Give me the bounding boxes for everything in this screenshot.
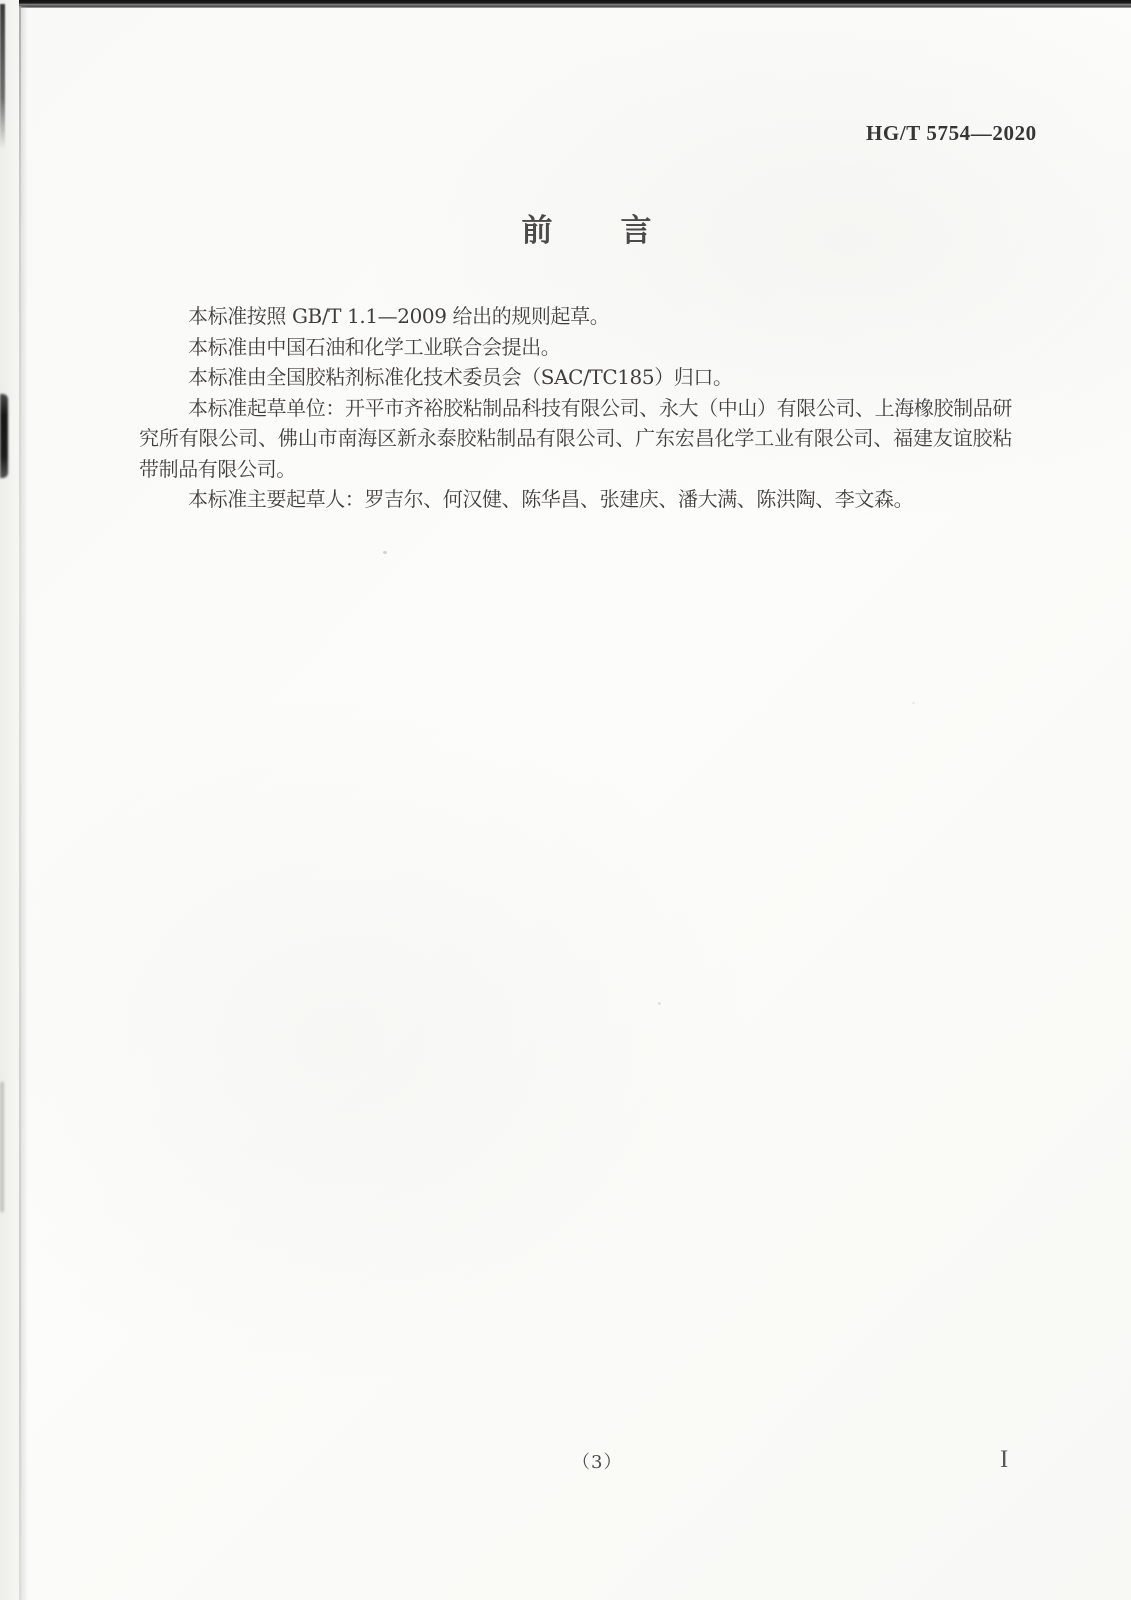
footer-page-number: I	[1000, 1446, 1008, 1474]
standard-number: HG/T 5754—2020	[866, 121, 1037, 146]
scan-top-edge-strip	[0, 0, 1131, 8]
scanned-document-page: HG/T 5754—2020 前 言 本标准按照 GB/T 1.1—2009 给…	[0, 0, 1131, 1600]
paragraph-centralized-by: 本标准由全国胶粘剂标准化技术委员会（SAC/TC185）归口。	[139, 362, 1012, 393]
scan-left-edge-smudge-lower	[0, 1082, 4, 1212]
dust-speck	[658, 1002, 661, 1005]
paragraph-drafting-rules: 本标准按照 GB/T 1.1—2009 给出的规则起草。	[139, 301, 1012, 332]
paragraph-drafting-organizations: 本标准起草单位：开平市齐裕胶粘制品科技有限公司、永大（中山）有限公司、上海橡胶制…	[139, 393, 1012, 485]
dust-speck	[912, 702, 915, 704]
footer-sheet-number: （3）	[572, 1448, 622, 1474]
page-title: 前 言	[21, 216, 1131, 247]
scan-left-edge-smudge-top	[0, 4, 5, 149]
title-char-right: 言	[621, 216, 652, 247]
foreword-body: 本标准按照 GB/T 1.1—2009 给出的规则起草。 本标准由中国石油和化学…	[139, 301, 1012, 515]
dust-speck	[383, 551, 387, 554]
paragraph-chief-drafters: 本标准主要起草人：罗吉尔、何汉健、陈华昌、张建庆、潘大满、陈洪陶、李文森。	[139, 484, 1012, 515]
scan-left-edge-smudge-middle	[0, 394, 8, 478]
title-char-left: 前	[522, 216, 553, 247]
paragraph-proposed-by: 本标准由中国石油和化学工业联合会提出。	[139, 332, 1012, 363]
page-left-edge-margin	[0, 0, 19, 1600]
